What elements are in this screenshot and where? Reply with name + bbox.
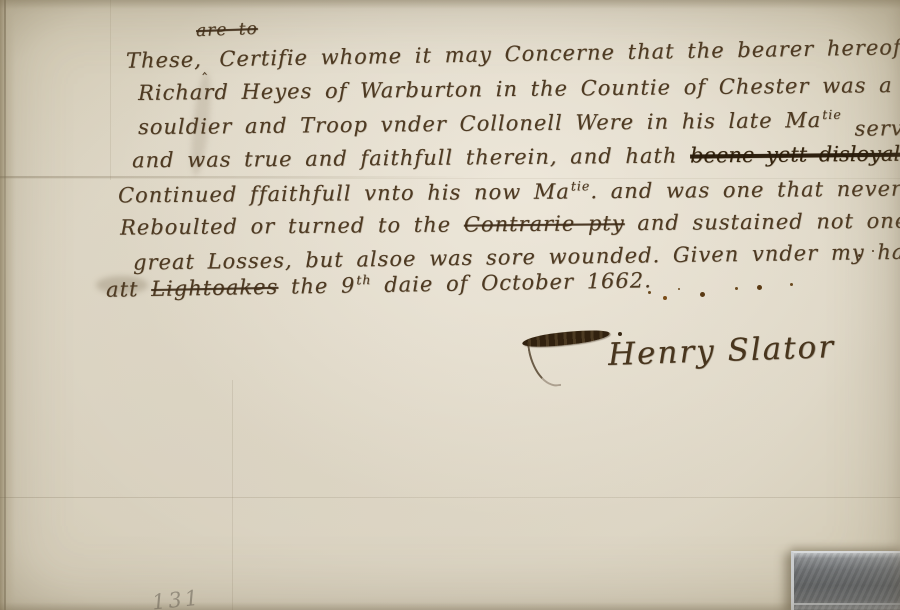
manuscript-text-fragment: These, <box>126 47 202 72</box>
manuscript-text-fragment: daie of October 1662. <box>371 268 652 297</box>
ink-speck <box>757 285 762 290</box>
manuscript-line: Reboulted or turned to the Contrarie pty… <box>120 208 900 239</box>
ink-speck <box>735 287 738 290</box>
manuscript-text-fragment: and sustained not onelie <box>625 208 900 235</box>
manuscript-text-fragment: service <box>842 116 900 141</box>
paper-edge-line <box>4 0 6 610</box>
manuscript-text-fragment: att <box>106 277 151 302</box>
pencil-annotation: 131 <box>151 585 202 610</box>
fold-crease-vertical-lower <box>232 380 233 610</box>
ink-speck <box>700 292 705 297</box>
ink-speck <box>663 296 667 300</box>
manuscript-text-fragment: and was true and faithfull therein, and … <box>132 144 690 173</box>
manuscript-line: Richard Heyes of Warburton in the Counti… <box>138 73 893 105</box>
signature: Henry Slator <box>607 329 835 373</box>
manuscript-text-fragment: the 9 <box>278 273 356 298</box>
paper-edge-bottom <box>0 602 900 610</box>
fold-crease-horizontal-lower <box>0 497 900 498</box>
metal-clip-seam <box>794 603 900 605</box>
metal-clip <box>791 551 900 610</box>
fold-crease-horizontal-upper <box>0 176 475 178</box>
manuscript-line: are to <box>196 19 258 41</box>
fold-crease-vertical-upper <box>110 0 111 180</box>
ink-speck <box>618 332 622 336</box>
manuscript-text-fragment: Richard Heyes of Warburton in the Counti… <box>138 73 893 105</box>
manuscript-text-fragment: souldier and Troop vnder Collonell Were … <box>138 108 821 139</box>
struck-out-text: are to <box>196 19 258 41</box>
manuscript-text-fragment: tie <box>571 178 591 193</box>
manuscript-text-fragment: Certifie whome it may Concerne that the … <box>206 35 900 71</box>
struck-out-text: beene yett disloyall <box>690 142 900 168</box>
manuscript-line: Continued ffaithfull vnto his now Matie.… <box>118 176 900 208</box>
manuscript-text-fragment: th <box>356 272 371 287</box>
manuscript-line: These,‸ Certifie whome it may Concerne t… <box>126 35 900 77</box>
manuscript-text-fragment: . and was one that never <box>590 177 900 204</box>
paper-edge-top <box>0 0 900 9</box>
manuscript-line: souldier and Troop vnder Collonell Were … <box>138 106 900 139</box>
struck-out-text: Lightoakes <box>151 275 279 301</box>
manuscript-text-fragment: Continued ffaithfull vnto his now Ma <box>118 179 570 207</box>
manuscript-text-fragment: tie <box>822 107 842 122</box>
ink-speck <box>790 283 793 286</box>
manuscript-line: and was true and faithfull therein, and … <box>132 142 900 173</box>
paper-torn-edge-left <box>0 0 16 610</box>
ink-speck <box>678 288 680 290</box>
manuscript-text-fragment: Reboulted or turned to the <box>120 213 464 240</box>
document-scan: are toThese,‸ Certifie whome it may Conc… <box>0 0 900 610</box>
struck-out-text: Contrarie pty <box>464 211 625 236</box>
